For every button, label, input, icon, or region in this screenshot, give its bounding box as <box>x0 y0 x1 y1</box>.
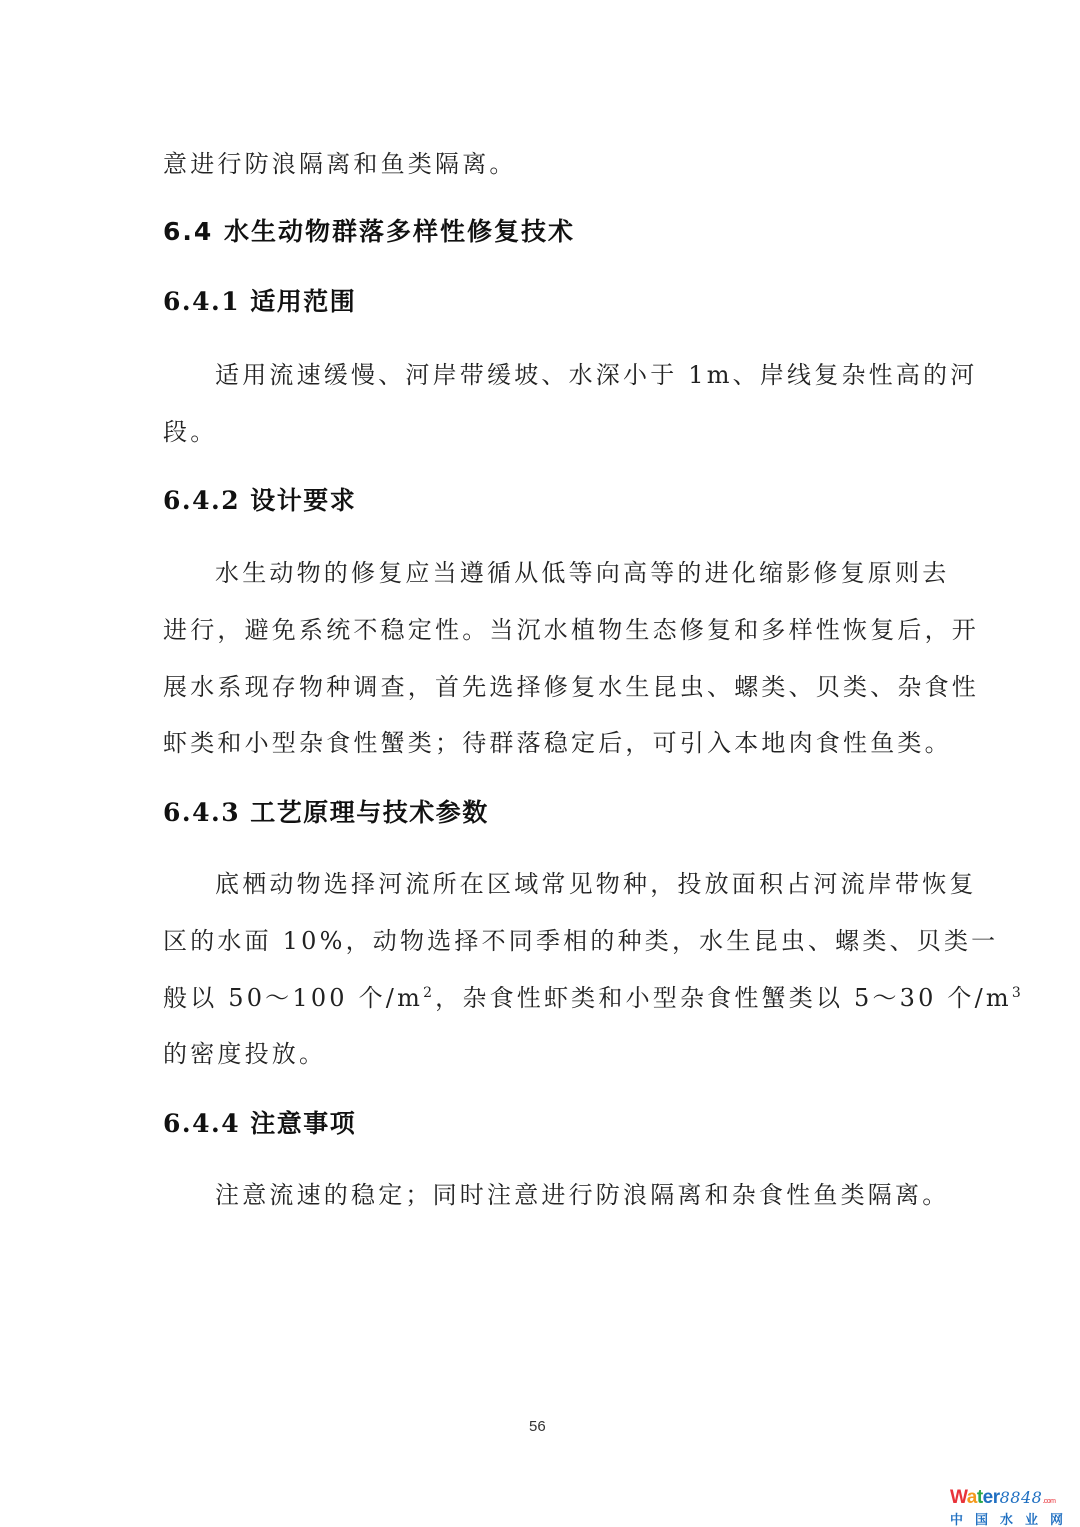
watermark-subtitle: 中国水业网 <box>950 1513 1075 1527</box>
paragraph-line: 进行，避免系统不稳定性。当沉水植物生态修复和多样性恢复后，开 <box>163 610 979 645</box>
paragraph-line: 注意流速的稳定；同时注意进行防浪隔离和杂食性鱼类隔离。 <box>215 1175 949 1210</box>
paragraph-line-density: 般以 50～100 个/m2，杂食性虾类和小型杂食性蟹类以 5～30 个/m3 <box>163 978 1024 1013</box>
density-text-part2: ，杂食性虾类和小型杂食性蟹类以 5～30 个/m <box>435 984 1012 1012</box>
density-text-part1: 般以 50～100 个/m <box>163 984 423 1012</box>
paragraph-line: 展水系现存物种调查，首先选择修复水生昆虫、螺类、贝类、杂食性 <box>163 667 979 702</box>
paragraph-line: 的密度投放。 <box>163 1034 326 1069</box>
subsection-heading-6-4-1: 6.4.1 适用范围 <box>163 282 356 318</box>
page-number: 56 <box>529 1418 546 1435</box>
subsection-heading-6-4-3: 6.4.3 工艺原理与技术参数 <box>163 793 489 829</box>
paragraph-line: 虾类和小型杂食性蟹类；待群落稳定后，可引入本地肉食性鱼类。 <box>163 723 952 758</box>
section-heading-6-4: 6.4 水生动物群落多样性修复技术 <box>163 212 575 248</box>
superscript-2: 2 <box>423 985 435 1001</box>
subsection-heading-6-4-2: 6.4.2 设计要求 <box>163 481 356 517</box>
paragraph-line: 水生动物的修复应当遵循从低等向高等的进化缩影修复原则去 <box>215 553 949 588</box>
paragraph-line: 底栖动物选择河流所在区域常见物种，投放面积占河流岸带恢复 <box>215 864 977 899</box>
continuation-paragraph: 意进行防浪隔离和鱼类隔离。 <box>163 144 517 179</box>
document-page: 意进行防浪隔离和鱼类隔离。 6.4 水生动物群落多样性修复技术 6.4.1 适用… <box>0 0 1080 1527</box>
watermark-brand: Water8848.com <box>950 1488 1075 1511</box>
subsection-heading-6-4-4: 6.4.4 注意事项 <box>163 1104 356 1140</box>
watermark-logo: Water8848.com 中国水业网 <box>950 1488 1075 1524</box>
paragraph-line: 区的水面 10%，动物选择不同季相的种类，水生昆虫、螺类、贝类一 <box>163 921 998 956</box>
paragraph-line: 段。 <box>163 412 217 447</box>
superscript-3: 3 <box>1012 985 1024 1001</box>
paragraph-line: 适用流速缓慢、河岸带缓坡、水深小于 1m、岸线复杂性高的河 <box>215 355 977 390</box>
